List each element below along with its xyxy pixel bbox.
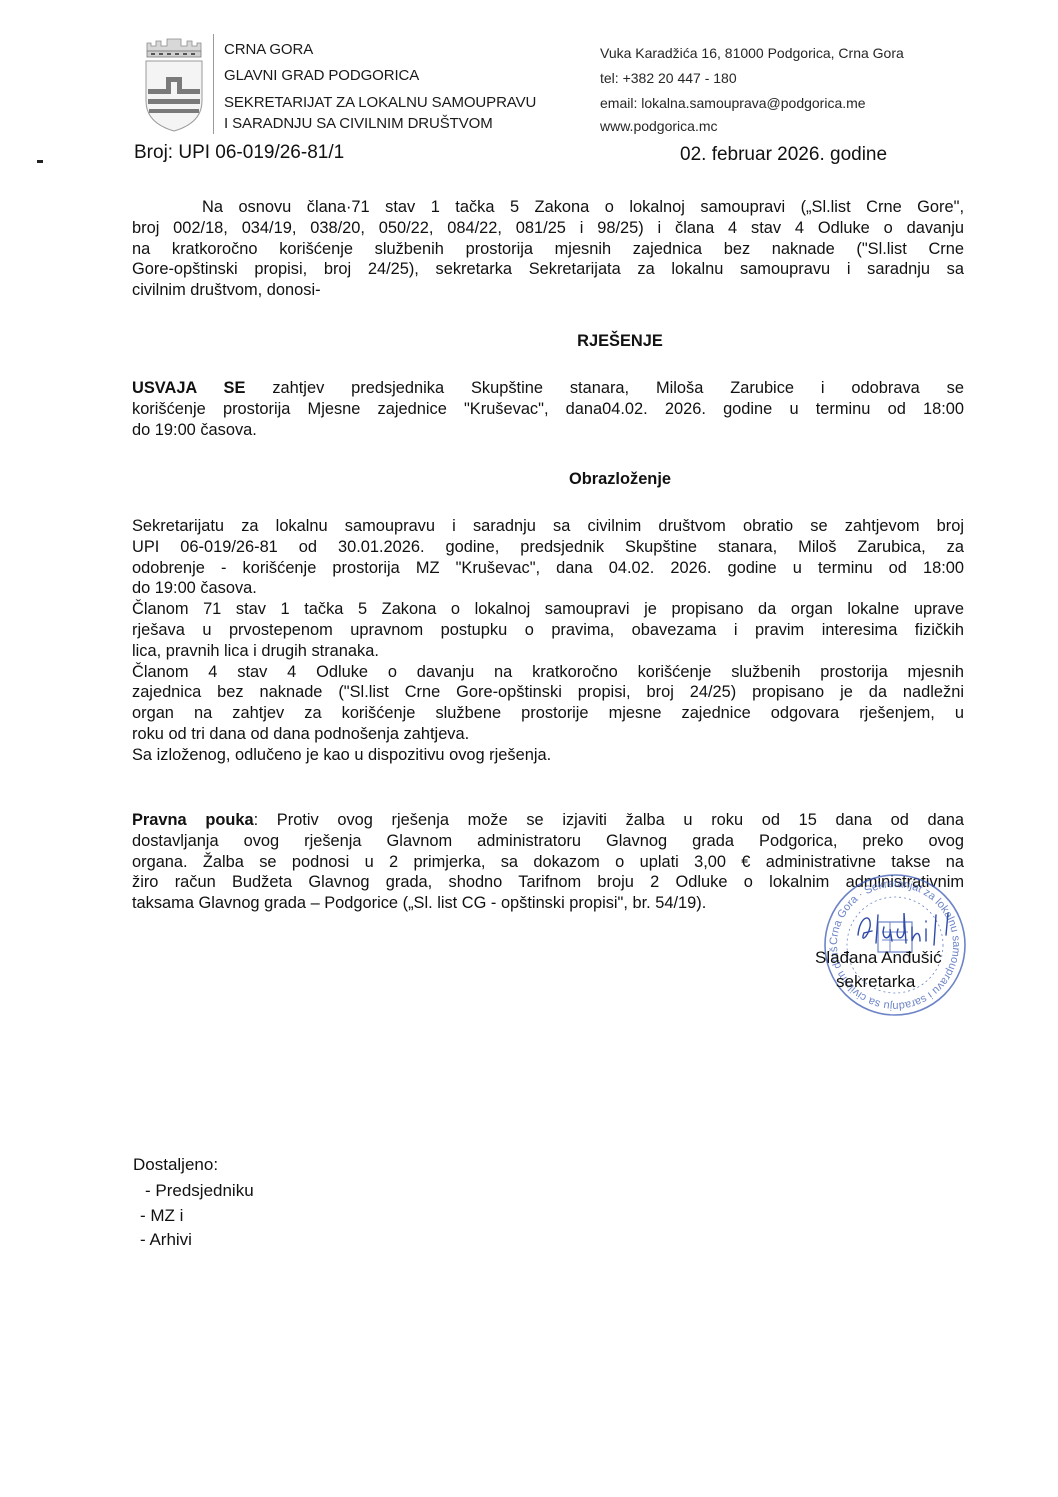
coat-of-arms-icon (143, 37, 205, 133)
reasoning-line: lica, pravnih lica i drugih stranaka. (132, 641, 964, 662)
intro-line: na kratkoročno korišćenje službenih pros… (132, 239, 964, 260)
reasoning-line: zajednica bez naknade ("Sl.list Crne Gor… (132, 682, 964, 703)
delivered-item: - MZ i (140, 1206, 183, 1226)
delivered-item: - Predsjedniku (145, 1181, 254, 1201)
decision-line: USVAJA SE zahtjev predsjednika Skupštine… (132, 378, 964, 399)
reasoning-line: roku od tri dana od dana podnošenja zaht… (132, 724, 964, 745)
document-number: Broj: UPI 06-019/26-81/1 (134, 142, 344, 164)
org-department: SEKRETARIJAT ZA LOKALNU SAMOUPRAVU (224, 95, 536, 110)
email-link[interactable]: email: lokalna.samouprava@podgorica.me (600, 96, 866, 110)
signer-name: Slađana Anđušić (815, 948, 942, 968)
signer-title: sekretarka (836, 972, 915, 992)
legal-notice-line: Pravna pouka: Protiv ovog rješenja može … (132, 810, 964, 831)
org-department-cont: I SARADNJU SA CIVILNIM DRUŠTVOM (224, 116, 493, 131)
address: Vuka Karadžića 16, 81000 Podgorica, Crna… (600, 46, 904, 60)
header-divider (213, 34, 214, 134)
reasoning-line: odobrenje - korišćenje prostorija MZ "Kr… (132, 558, 964, 579)
delivered-title: Dostaljeno: (133, 1155, 218, 1175)
legal-notice-lead: Pravna pouka (132, 811, 254, 829)
reasoning-line: Članom 4 stav 4 Odluke o davanju na krat… (132, 662, 964, 683)
legal-notice-line-rest: : Protiv ovog rješenja može se izjaviti … (254, 811, 964, 829)
intro-line: Na osnovu člana·71 stav 1 tačka 5 Zakona… (132, 197, 964, 218)
reasoning-line: UPI 06-019/26-81 od 30.01.2026. godine, … (132, 537, 964, 558)
org-city: GLAVNI GRAD PODGORICA (224, 68, 419, 83)
phone: tel: +382 20 447 - 180 (600, 71, 737, 85)
intro-paragraph: Na osnovu člana·71 stav 1 tačka 5 Zakona… (132, 197, 964, 301)
decision-line: korišćenje prostorija Mjesne zajednice "… (132, 399, 964, 420)
reasoning-line: do 19:00 časova. (132, 578, 964, 599)
intro-line: civilnim društvom, donosi- (132, 280, 964, 301)
margin-mark (37, 160, 43, 163)
reasoning-paragraph: Sekretarijatu za lokalnu samoupravu i sa… (132, 516, 964, 766)
reasoning-line: Sekretarijatu za lokalnu samoupravu i sa… (132, 516, 964, 537)
decision-line-rest: zahtjev predsjednika Skupštine stanara, … (245, 379, 964, 397)
decision-heading: RJEŠENJE (91, 332, 1058, 351)
legal-notice-line: dostavljanja ovog rješenja Glavnom admin… (132, 831, 964, 852)
intro-line: Gore-opštinski propisi, broj 24/25), sek… (132, 259, 964, 280)
delivered-item: - Arhivi (140, 1230, 192, 1250)
intro-line: broj 002/18, 034/19, 038/20, 050/22, 084… (132, 218, 964, 239)
reasoning-line: Sa izloženog, odlučeno je kao u dispozit… (132, 745, 964, 766)
decision-line: do 19:00 časova. (132, 420, 964, 441)
org-country: CRNA GORA (224, 42, 313, 57)
document-date: 02. februar 2026. godine (680, 144, 887, 166)
reasoning-line: organ na zahtjev za korišćenje službene … (132, 703, 964, 724)
reasoning-heading: Obrazloženje (91, 470, 1058, 489)
decision-lead: USVAJA SE (132, 379, 245, 397)
decision-paragraph: USVAJA SE zahtjev predsjednika Skupštine… (132, 378, 964, 440)
website-link[interactable]: www.podgorica.mc (600, 119, 718, 133)
reasoning-line: Članom 71 stav 1 tačka 5 Zakona o lokaln… (132, 599, 964, 620)
reasoning-line: rješava u prvostepenom upravnom postupku… (132, 620, 964, 641)
